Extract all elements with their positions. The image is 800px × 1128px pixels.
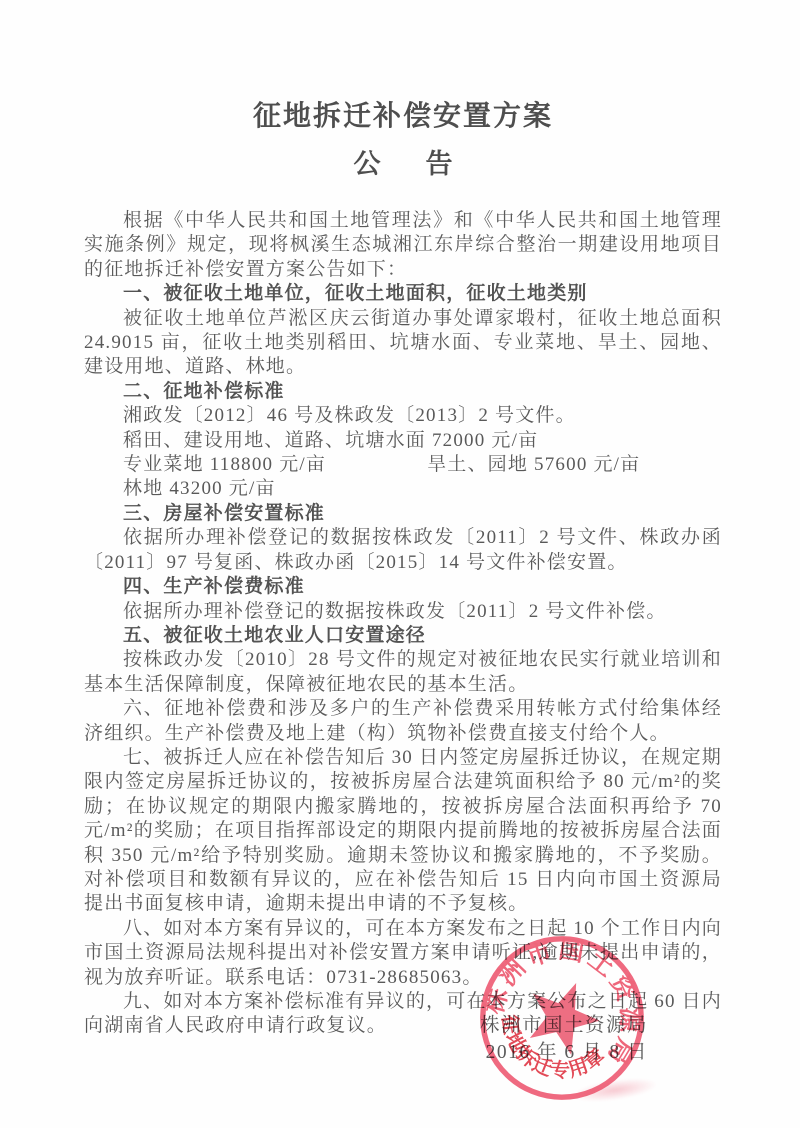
- section-2-heading: 二、征地补偿标准: [84, 380, 722, 404]
- signature-block: 株洲市国土资源局 2016 年 6 月 8 日: [480, 1012, 648, 1066]
- section-7-paragraph: 七、被拆迁人应在补偿告知后 30 日内签定房屋拆迁协议，在规定期限内签定房屋拆迁…: [84, 746, 722, 917]
- document-page: 征地拆迁补偿安置方案 公 告 根据《中华人民共和国土地管理法》和《中华人民共和国…: [0, 0, 800, 1128]
- document-body: 征地拆迁补偿安置方案 公 告 根据《中华人民共和国土地管理法》和《中华人民共和国…: [84, 94, 722, 1039]
- seal-smudge: [571, 1074, 659, 1106]
- signature-date: 2016 年 6 月 8 日: [480, 1039, 648, 1066]
- section-3-body: 依据所办理补偿登记的数据按株政发〔2011〕2 号文件、株政办函〔2011〕97…: [84, 526, 722, 575]
- document-subtitle: 公 告: [84, 142, 722, 181]
- section-4-body: 依据所办理补偿登记的数据按株政发〔2011〕2 号文件补偿。: [84, 600, 722, 624]
- document-title: 征地拆迁补偿安置方案: [84, 94, 722, 134]
- section-6-paragraph: 六、征地补偿费和涉及多户的生产补偿费采用转帐方式付给集体经济组织。生产补偿费及地…: [84, 697, 722, 746]
- rate-line-paddy: 稻田、建设用地、道路、坑塘水面 72000 元/亩: [84, 429, 722, 453]
- section-2-basis: 湘政发〔2012〕46 号及株政发〔2013〕2 号文件。: [84, 404, 722, 428]
- section-1-body: 被征收土地单位芦淞区庆云街道办事处谭家塅村，征收土地总面积 24.9015 亩，…: [84, 307, 722, 380]
- intro-paragraph: 根据《中华人民共和国土地管理法》和《中华人民共和国土地管理实施条例》规定，现将枫…: [84, 209, 722, 282]
- section-3-heading: 三、房屋补偿安置标准: [84, 502, 722, 526]
- section-8-paragraph: 八、如对本方案有异议的，可在本方案发布之日起 10 个工作日内向市国土资源局法规…: [84, 917, 722, 990]
- rate-line-forest: 林地 43200 元/亩: [84, 477, 722, 501]
- section-5-heading: 五、被征收土地农业人口安置途径: [84, 624, 722, 648]
- section-4-heading: 四、生产补偿费标准: [84, 575, 722, 599]
- rate-line-vegetable-dry: 专业菜地 118800 元/亩 旱土、园地 57600 元/亩: [84, 453, 722, 477]
- signature-org: 株洲市国土资源局: [480, 1012, 648, 1039]
- section-1-heading: 一、被征收土地单位，征收土地面积，征收土地类别: [84, 282, 722, 306]
- section-5-body: 按株政办发〔2010〕28 号文件的规定对被征地农民实行就业培训和基本生活保障制…: [84, 648, 722, 697]
